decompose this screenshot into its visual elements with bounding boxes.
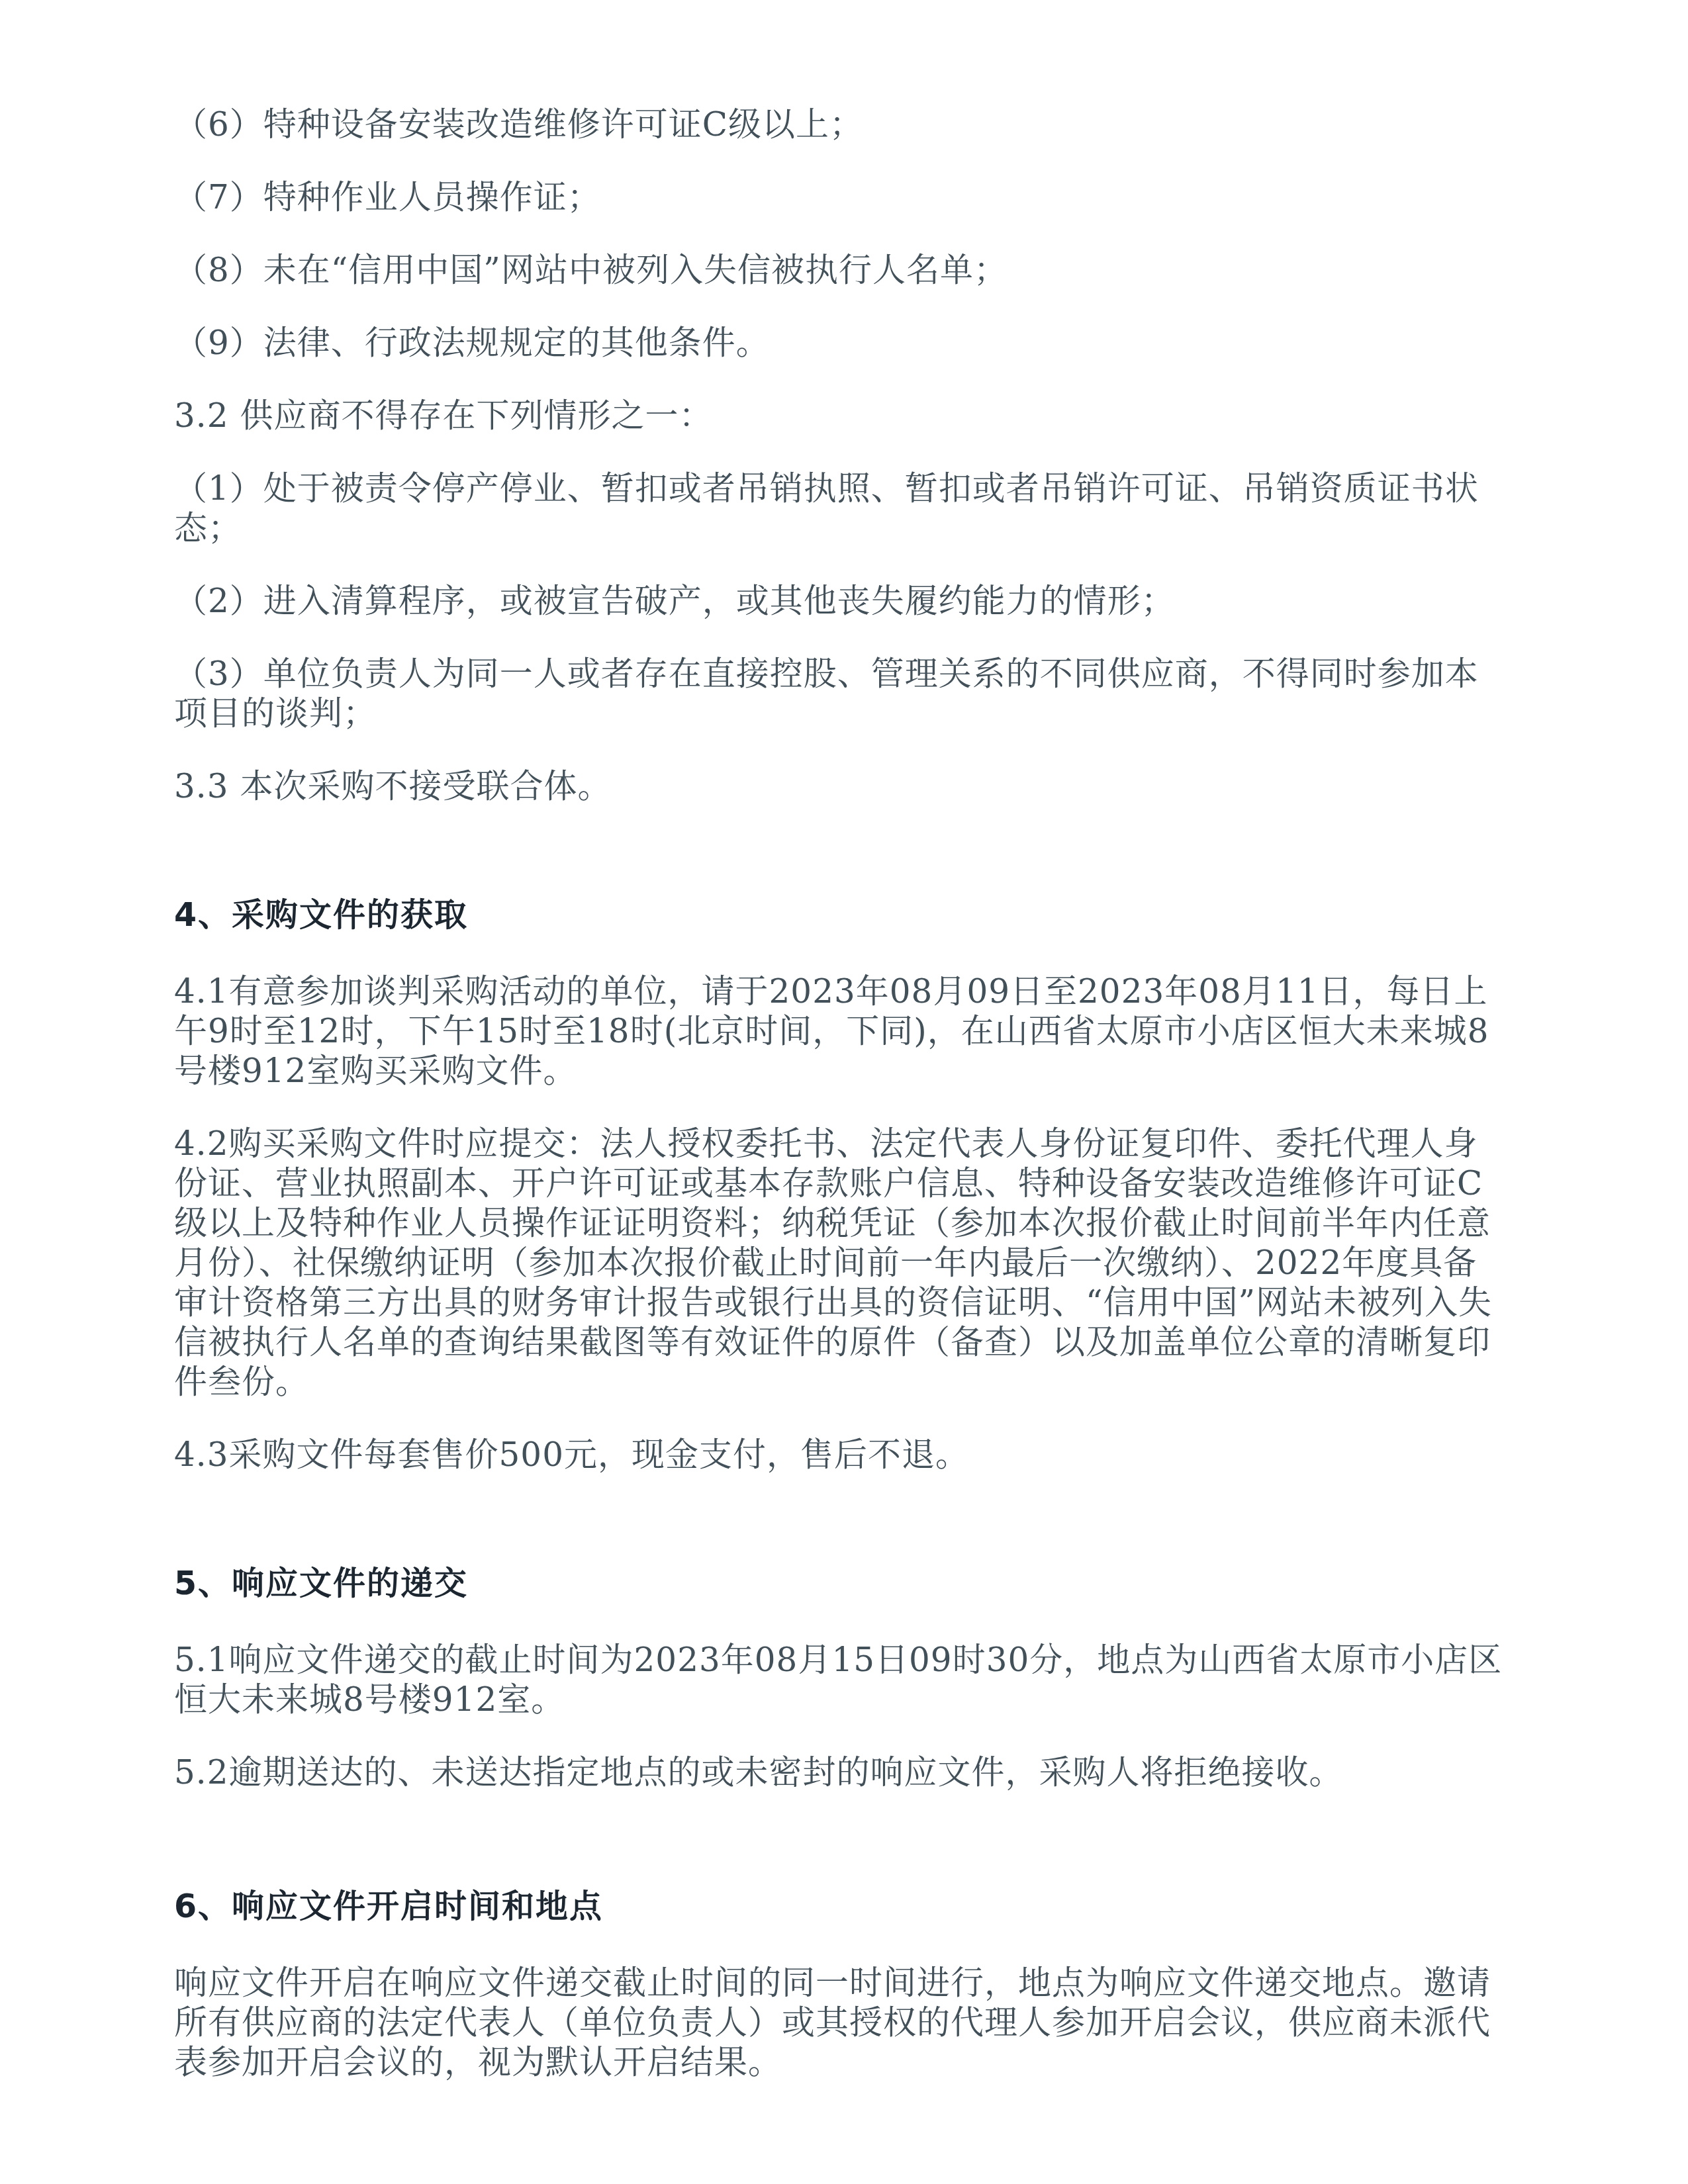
document-page: （6）特种设备安装改造维修许可证C级以上；（7）特种作业人员操作证；（8）未在“… bbox=[0, 0, 1688, 2184]
paragraph: 4.2购买采购文件时应提交：法人授权委托书、法定代表人身份证复印件、委托代理人身… bbox=[174, 1124, 1508, 1402]
section-heading: 5、响应文件的递交 bbox=[174, 1562, 1508, 1606]
paragraph: 4.3采购文件每套售价500元，现金支付，售后不退。 bbox=[174, 1435, 1508, 1475]
paragraph: 3.2 供应商不得存在下列情形之一： bbox=[174, 396, 1508, 435]
paragraph: （9）法律、行政法规规定的其他条件。 bbox=[174, 323, 1508, 363]
paragraph: （6）特种设备安装改造维修许可证C级以上； bbox=[174, 105, 1508, 144]
section-heading: 4、采购文件的获取 bbox=[174, 893, 1508, 937]
document-body: （6）特种设备安装改造维修许可证C级以上；（7）特种作业人员操作证；（8）未在“… bbox=[174, 105, 1508, 2115]
paragraph: （7）特种作业人员操作证； bbox=[174, 177, 1508, 217]
paragraph: 3.3 本次采购不接受联合体。 bbox=[174, 766, 1508, 806]
paragraph: 5.1响应文件递交的截止时间为2023年08月15日09时30分，地点为山西省太… bbox=[174, 1640, 1508, 1719]
paragraph: （2）进入清算程序，或被宣告破产，或其他丧失履约能力的情形； bbox=[174, 581, 1508, 621]
section-heading: 6、响应文件开启时间和地点 bbox=[174, 1885, 1508, 1929]
paragraph: 4.1有意参加谈判采购活动的单位，请于2023年08月09日至2023年08月1… bbox=[174, 972, 1508, 1091]
paragraph: （3）单位负责人为同一人或者存在直接控股、管理关系的不同供应商，不得同时参加本项… bbox=[174, 654, 1508, 733]
paragraph: 响应文件开启在响应文件递交截止时间的同一时间进行，地点为响应文件递交地点。邀请所… bbox=[174, 1963, 1508, 2082]
paragraph: （1）处于被责令停产停业、暂扣或者吊销执照、暂扣或者吊销许可证、吊销资质证书状态… bbox=[174, 469, 1508, 548]
paragraph: 5.2逾期送达的、未送达指定地点的或未密封的响应文件，采购人将拒绝接收。 bbox=[174, 1752, 1508, 1792]
paragraph: （8）未在“信用中国”网站中被列入失信被执行人名单； bbox=[174, 250, 1508, 290]
